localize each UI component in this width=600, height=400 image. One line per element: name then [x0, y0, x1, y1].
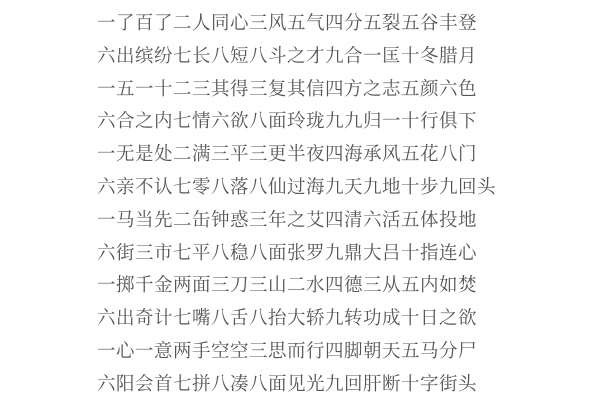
- idiom-line-3: 一五一十二三其得三复其信四方之志五颜六色: [97, 74, 517, 107]
- idiom-line-2: 六出缤纷七长八短八斗之才九合一匡十冬腊月: [97, 41, 517, 74]
- idiom-line-12: 六阳会首七拼八凑八面见光九回肝断十字街头: [97, 369, 517, 400]
- idiom-line-6: 六亲不认七零八落八仙过海九天九地十步九回头: [97, 172, 517, 205]
- idiom-line-5: 一无是处二满三平三更半夜四海承风五花八门: [97, 139, 517, 172]
- idiom-line-1: 一了百了二人同心三风五气四分五裂五谷丰登: [97, 8, 517, 41]
- idiom-line-4: 六合之内七情六欲八面玲珑九九归一十行俱下: [97, 106, 517, 139]
- idiom-line-10: 六出奇计七嘴八舌八抬大轿九转功成十日之欲: [97, 303, 517, 336]
- idiom-list: 一了百了二人同心三风五气四分五裂五谷丰登 六出缤纷七长八短八斗之才九合一匡十冬腊…: [97, 8, 517, 400]
- idiom-line-9: 一掷千金两面三刀三山二水四德三从五内如焚: [97, 270, 517, 303]
- idiom-line-8: 六街三市七平八稳八面张罗九鼎大吕十指连心: [97, 238, 517, 271]
- idiom-line-7: 一马当先二缶钟惑三年之艾四清六活五体投地: [97, 205, 517, 238]
- idiom-line-11: 一心一意两手空空三思而行四脚朝天五马分尸: [97, 336, 517, 369]
